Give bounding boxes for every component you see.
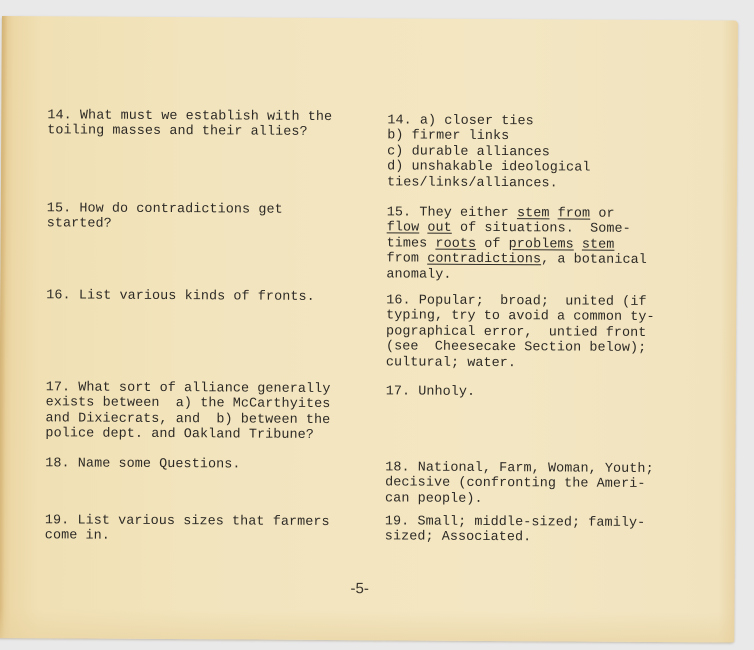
question-14: 14. What must we establish with the toil… — [47, 108, 332, 141]
booklet-page: 14. What must we establish with the toil… — [0, 16, 738, 642]
question-15: 15. How do contradictions get started? — [47, 201, 283, 233]
question-16: 16. List various kinds of fronts. — [46, 288, 315, 305]
answer-18: 18. National, Farm, Woman, Youth; decisi… — [385, 460, 654, 508]
answer-15: 15. They either stem from or flow out of… — [386, 205, 647, 284]
page-number: -5- — [350, 580, 368, 597]
question-19: 19. List various sizes that farmers come… — [45, 513, 330, 546]
answer-16: 16. Popular; broad; united (if typing, t… — [386, 293, 655, 372]
question-17: 17. What sort of alliance generally exis… — [45, 380, 330, 443]
answer-15-text: 15. They either stem from or flow out of… — [386, 205, 647, 282]
answer-17: 17. Unholy. — [386, 384, 476, 400]
answer-14: 14. a) closer ties b) firmer links c) du… — [387, 113, 591, 191]
question-18: 18. Name some Questions. — [45, 456, 240, 473]
answer-19: 19. Small; middle-sized; family- sized; … — [385, 514, 646, 546]
